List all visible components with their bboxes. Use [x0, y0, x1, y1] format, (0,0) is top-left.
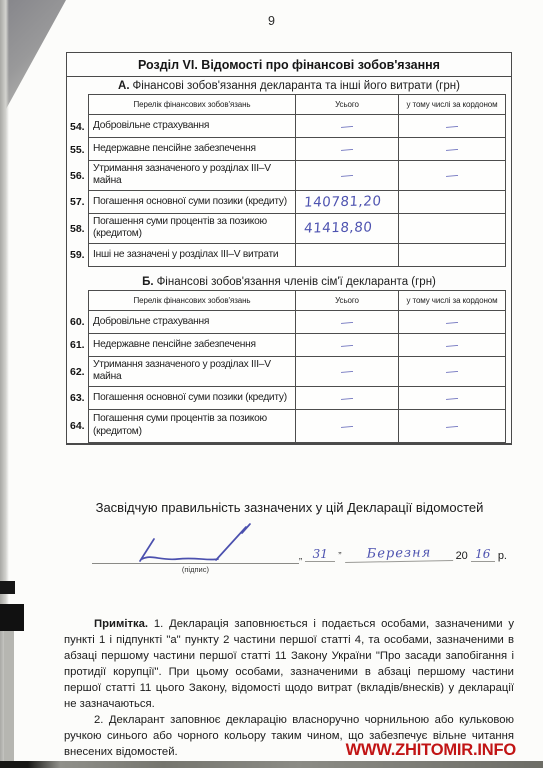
total-cell: —: [296, 138, 399, 161]
total-cell: —: [296, 387, 399, 410]
table-row-57: 57. Погашення основної суми позики (кред…: [67, 191, 506, 214]
note-text-1: 1. Декларація заповнюється і подається о…: [64, 618, 514, 710]
scan-gray-strip: [4, 631, 14, 762]
year-prefix: 20: [456, 550, 468, 562]
handwritten-amount: 140781,20: [303, 193, 382, 210]
abroad-cell: —: [399, 161, 506, 191]
row-number: 60.: [67, 311, 88, 334]
date-block: „ 31 ” Березня 20 16 р.: [299, 546, 507, 574]
note-paragraph-1: Примітка. 1. Декларація заповнюється і п…: [64, 616, 514, 712]
row-label: Погашення основної суми позики (кредиту): [88, 387, 296, 410]
total-cell: —: [296, 115, 399, 138]
site-watermark: WWW.ZHITOMIR.INFO: [346, 741, 516, 760]
handwritten-dash: —: [341, 390, 354, 405]
total-cell: —: [296, 161, 399, 191]
row-number: 57.: [67, 191, 88, 214]
row-number: 55.: [67, 138, 88, 161]
row-label: Погашення суми процентів за позикою (кре…: [88, 214, 296, 244]
total-cell: —: [296, 311, 399, 334]
total-cell: —: [296, 410, 399, 443]
row-label: Погашення основної суми позики (кредиту): [88, 191, 296, 214]
row-label: Недержавне пенсійне забезпечення: [88, 334, 296, 357]
part-a-table: Перелік фінансових зобов'язань Усього у …: [67, 94, 506, 267]
part-b-table: Перелік фінансових зобов'язань Усього у …: [67, 290, 506, 443]
page-number: 9: [0, 14, 543, 28]
handwritten-dash: —: [341, 337, 354, 352]
scan-black-mark-bottom: [0, 604, 24, 631]
handwritten-amount: 41418,80: [303, 220, 373, 237]
column-header-list: Перелік фінансових зобов'язань: [88, 290, 296, 311]
abroad-cell: —: [399, 410, 506, 443]
table-row-55: 55. Недержавне пенсійне забезпечення — —: [67, 138, 506, 161]
abroad-cell: —: [399, 115, 506, 138]
table-row-63: 63. Погашення основної суми позики (кред…: [67, 387, 506, 410]
quote-close: ”: [338, 551, 341, 562]
row-number: 63.: [67, 387, 88, 410]
scan-bottom-edge: [0, 761, 543, 768]
certification-block: Засвідчую правильність зазначених у цій …: [66, 500, 513, 574]
part-a-title: Фінансові зобов'язання декларанта та інш…: [133, 80, 460, 92]
section-title: Розділ VI. Відомості про фінансові зобов…: [67, 53, 511, 77]
total-cell: [296, 244, 399, 267]
row-label: Утримання зазначеного у розділах III–V м…: [88, 357, 296, 387]
abroad-cell: —: [399, 387, 506, 410]
note-block: Примітка. 1. Декларація заповнюється і п…: [64, 616, 514, 760]
table-row-56: 56. Утримання зазначеного у розділах III…: [67, 161, 506, 191]
column-header-total: Усього: [296, 290, 399, 311]
abroad-cell: [399, 244, 506, 267]
total-cell: —: [296, 357, 399, 387]
row-number: 61.: [67, 334, 88, 357]
abroad-cell: [399, 191, 506, 214]
table-header-row: Перелік фінансових зобов'язань Усього у …: [67, 290, 506, 311]
table-row-61: 61. Недержавне пенсійне забезпечення — —: [67, 334, 506, 357]
financial-obligations-form: Розділ VI. Відомості про фінансові зобов…: [66, 52, 512, 445]
total-cell: —: [296, 334, 399, 357]
abroad-cell: —: [399, 311, 506, 334]
column-header-list: Перелік фінансових зобов'язань: [88, 94, 296, 115]
handwritten-dash: —: [446, 364, 459, 379]
row-label: Погашення суми процентів за позикою (кре…: [88, 410, 296, 443]
row-label: Недержавне пенсійне забезпечення: [88, 138, 296, 161]
abroad-cell: —: [399, 138, 506, 161]
certification-statement: Засвідчую правильність зазначених у цій …: [66, 500, 513, 515]
table-row-64: 64. Погашення суми процентів за позикою …: [67, 410, 506, 443]
column-header-total: Усього: [296, 94, 399, 115]
column-header-abroad: у тому числі за кордоном: [399, 94, 506, 115]
row-number-spacer: [67, 290, 88, 311]
scanned-declaration-page: 9 Розділ VI. Відомості про фінансові зоб…: [0, 0, 543, 768]
row-number: 58.: [67, 214, 88, 244]
handwritten-dash: —: [446, 168, 459, 183]
column-header-abroad: у тому числі за кордоном: [399, 290, 506, 311]
row-number-spacer: [67, 94, 88, 115]
part-a-label: А.Фінансові зобов'язання декларанта та і…: [67, 77, 511, 94]
total-cell: 41418,80: [296, 214, 399, 244]
handwritten-dash: —: [341, 364, 354, 379]
table-row-59: 59. Інші не зазначені у розділах III–V в…: [67, 244, 506, 267]
handwritten-dash: —: [341, 418, 354, 433]
handwritten-dash: —: [341, 119, 354, 134]
scan-black-mark-top: [0, 581, 15, 594]
handwritten-dash: —: [446, 337, 459, 352]
row-number: 64.: [67, 410, 88, 443]
table-row-62: 62. Утримання зазначеного у розділах III…: [67, 357, 506, 387]
signature-block: (підпис): [92, 523, 299, 574]
part-b-letter: Б.: [142, 276, 153, 288]
table-row-58: 58. Погашення суми процентів за позикою …: [67, 214, 506, 244]
row-number: 54.: [67, 115, 88, 138]
handwritten-month: Березня: [344, 545, 452, 563]
handwritten-dash: —: [341, 142, 354, 157]
row-label: Утримання зазначеного у розділах III–V м…: [88, 161, 296, 191]
handwritten-day: 31: [305, 547, 335, 562]
row-label: Добровільне страхування: [88, 311, 296, 334]
abroad-cell: —: [399, 357, 506, 387]
handwritten-dash: —: [446, 119, 459, 134]
signature-handwriting: [134, 521, 264, 569]
abroad-cell: [399, 214, 506, 244]
handwritten-dash: —: [446, 390, 459, 405]
row-label: Добровільне страхування: [88, 115, 296, 138]
handwritten-dash: —: [446, 418, 459, 433]
signature-line: [92, 523, 299, 564]
row-label: Інші не зазначені у розділах III–V витра…: [88, 244, 296, 267]
abroad-cell: —: [399, 334, 506, 357]
table-row-54: 54. Добровільне страхування — —: [67, 115, 506, 138]
total-cell: 140781,20: [296, 191, 399, 214]
table-row-60: 60. Добровільне страхування — —: [67, 311, 506, 334]
handwritten-dash: —: [341, 314, 354, 329]
part-b-label: Б.Фінансові зобов'язання членів сім'ї де…: [67, 273, 511, 290]
note-title: Примітка.: [94, 618, 148, 630]
quote-open: „: [299, 551, 302, 562]
row-number: 62.: [67, 357, 88, 387]
part-a-letter: А.: [118, 80, 130, 92]
row-number: 59.: [67, 244, 88, 267]
signature-date-row: (підпис) „ 31 ” Березня 20 16 р.: [66, 523, 513, 574]
handwritten-year: 16: [471, 547, 495, 562]
year-suffix: р.: [498, 550, 507, 562]
handwritten-dash: —: [341, 168, 354, 183]
part-b-title: Фінансові зобов'язання членів сім'ї декл…: [157, 276, 436, 288]
handwritten-dash: —: [446, 142, 459, 157]
row-number: 56.: [67, 161, 88, 191]
table-header-row: Перелік фінансових зобов'язань Усього у …: [67, 94, 506, 115]
handwritten-dash: —: [446, 314, 459, 329]
